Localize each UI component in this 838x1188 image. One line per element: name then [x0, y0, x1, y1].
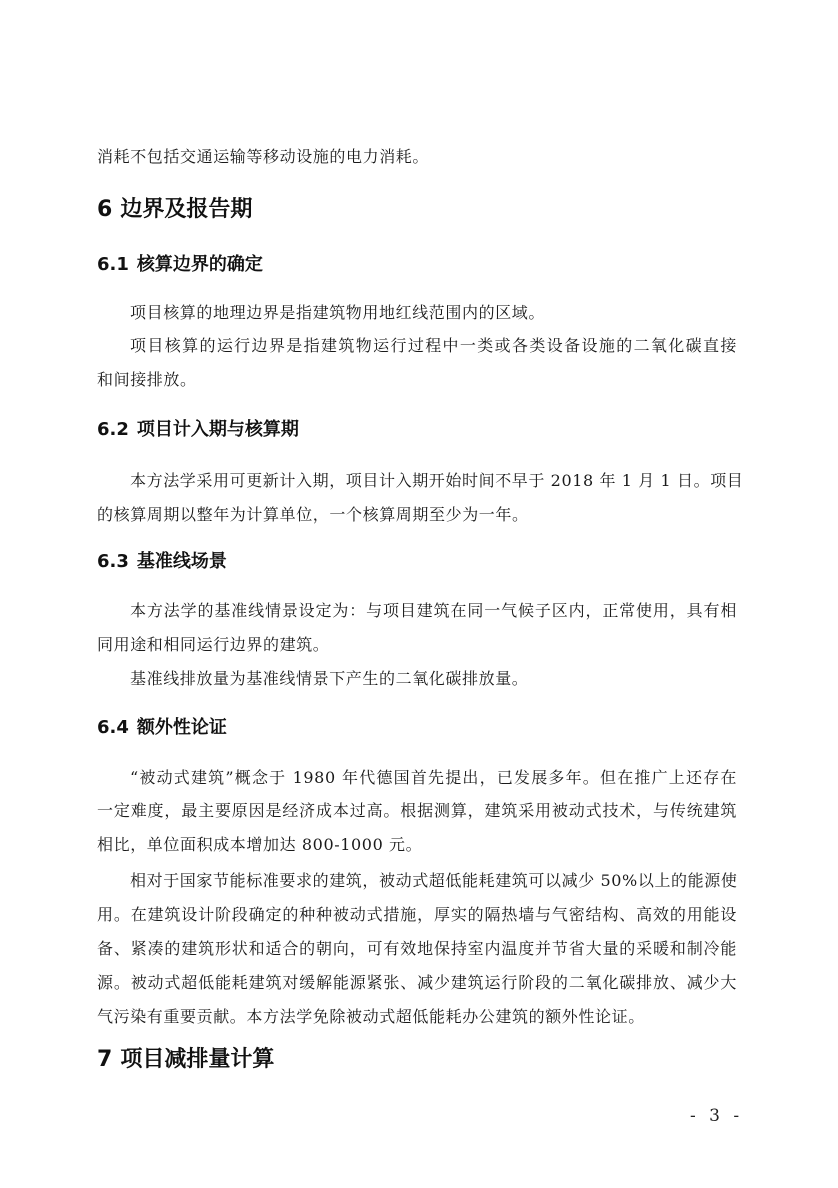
paragraph-line: 基准线排放量为基准线情景下产生的二氧化碳排放量。 — [130, 669, 528, 689]
paragraph-line: 同用途和相同运行边界的建筑。 — [97, 635, 329, 655]
section-title: 项目减排量计算 — [120, 1047, 274, 1072]
subsection-6-4-heading: 6.4额外性论证 — [97, 717, 227, 739]
paragraph-line: 的核算周期以整年为计算单位，一个核算周期至少为一年。 — [97, 505, 529, 525]
section-6-heading: 6边界及报告期 — [97, 197, 252, 223]
subsection-number: 6.2 — [97, 419, 129, 440]
paragraph-line: 备、紧凑的建筑形状和适合的朝向，可有效地保持室内温度并节省大量的采暖和制冷能 — [97, 939, 737, 959]
subsection-title: 项目计入期与核算期 — [137, 419, 299, 440]
paragraph-line: 本方法学的基准线情景设定为：与项目建筑在同一气候子区内，正常使用，具有相 — [130, 601, 737, 621]
paragraph-line: 项目核算的地理边界是指建筑物用地红线范围内的区域。 — [130, 303, 545, 323]
subsection-number: 6.4 — [97, 717, 129, 738]
subsection-number: 6.3 — [97, 551, 129, 572]
paragraph-line: 项目核算的运行边界是指建筑物运行过程中一类或各类设备设施的二氧化碳直接 — [130, 336, 737, 356]
section-7-heading: 7项目减排量计算 — [97, 1047, 274, 1073]
paragraph-line: 相比，单位面积成本增加达 800-1000 元。 — [97, 835, 422, 855]
subsection-6-1-heading: 6.1核算边界的确定 — [97, 254, 263, 276]
paragraph-line: 源。被动式超低能耗建筑对缓解能源紧张、减少建筑运行阶段的二氧化碳排放、减少大 — [97, 973, 737, 993]
paragraph-line: 和间接排放。 — [97, 370, 197, 390]
paragraph-line: 气污染有重要贡献。本方法学免除被动式超低能耗办公建筑的额外性论证。 — [97, 1007, 645, 1027]
paragraph-line: 用。在建筑设计阶段确定的种种被动式措施，厚实的隔热墙与气密结构、高效的用能设 — [97, 905, 737, 925]
page-number: - 3 - — [690, 1106, 743, 1126]
continued-paragraph-line: 消耗不包括交通运输等移动设施的电力消耗。 — [97, 147, 429, 167]
paragraph-line: 一定难度，最主要原因是经济成本过高。根据测算，建筑采用被动式技术，与传统建筑 — [97, 801, 737, 821]
subsection-6-3-heading: 6.3基准线场景 — [97, 551, 227, 573]
subsection-6-2-heading: 6.2项目计入期与核算期 — [97, 419, 299, 441]
subsection-title: 额外性论证 — [137, 717, 227, 738]
subsection-title: 基准线场景 — [137, 551, 227, 572]
section-number: 7 — [97, 1047, 112, 1072]
paragraph-line: 本方法学采用可更新计入期，项目计入期开始时间不早于 2018 年 1 月 1 日… — [130, 471, 737, 491]
paragraph-line: “被动式建筑”概念于 1980 年代德国首先提出，已发展多年。但在推广上还存在 — [130, 768, 737, 788]
subsection-title: 核算边界的确定 — [137, 254, 263, 275]
subsection-number: 6.1 — [97, 254, 129, 275]
paragraph-line: 相对于国家节能标准要求的建筑，被动式超低能耗建筑可以减少 50%以上的能源使 — [130, 871, 737, 891]
section-title: 边界及报告期 — [120, 197, 252, 222]
section-number: 6 — [97, 197, 112, 222]
